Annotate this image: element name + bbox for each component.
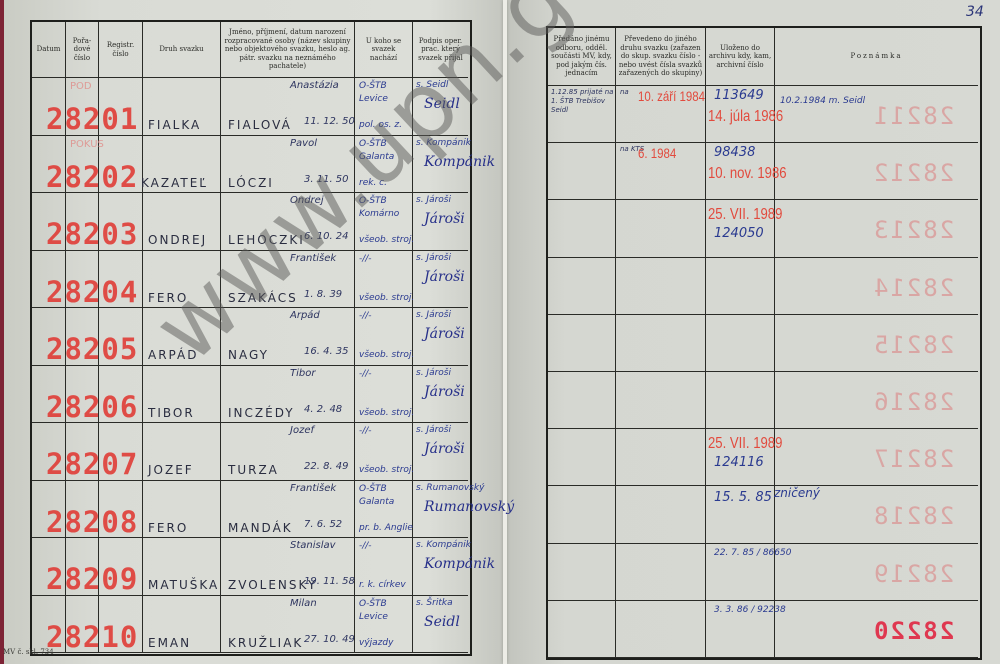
table-cell (616, 486, 706, 543)
registration-number-stamp: 28210 (46, 620, 138, 654)
signature: Jároši (424, 384, 465, 400)
occupation: všeob. stroj. (359, 235, 414, 245)
surname: TURZA (228, 463, 279, 477)
surname: SZAKÁCS (228, 291, 298, 305)
bleed-through-number: 28219 (872, 560, 954, 588)
bleed-through-number: 28213 (872, 216, 954, 244)
location: -//- (359, 310, 413, 323)
table-cell (706, 372, 775, 429)
received-by: s. Seidl (416, 80, 448, 90)
druh-svazku: ARPÁD (148, 348, 198, 362)
signature: Jároši (424, 269, 465, 285)
received-by: s. Kompánik (416, 138, 471, 148)
location: -//- (359, 368, 413, 381)
poradove-note: POKUS (70, 139, 104, 150)
book-spine (503, 0, 507, 664)
received-by: s. Jároši (416, 368, 451, 378)
bleed-through-number: 28212 (872, 159, 954, 187)
bleed-through-number: 28216 (872, 388, 954, 416)
prevedeno-date-stamp: 10. září 1984 (638, 88, 705, 104)
occupation: všeob. stroj. (359, 465, 414, 475)
signature: Jároši (424, 211, 465, 227)
archive-date-stamp: 10. nov. 1986 (708, 165, 787, 183)
druh-svazku: FERO (148, 521, 188, 535)
received-by: s. Kompánik (416, 540, 471, 550)
registration-number-stamp: 28201 (46, 102, 138, 136)
signature: Kompánik (424, 154, 495, 170)
date-of-birth: 7. 6. 52 (304, 519, 342, 530)
druh-svazku: FERO (148, 291, 188, 305)
occupation: všeob. stroj. (359, 293, 414, 303)
location: -//- (359, 253, 413, 266)
occupation: všeob. stroj. (359, 350, 414, 360)
header-jmeno: Jméno, příjmení, datum narození rozpraco… (221, 22, 355, 78)
header-druh-svazku: Druh svazku (143, 22, 221, 78)
header-prevedeno: Převedeno do jiného druhu svazku (zařaze… (616, 28, 706, 86)
date-of-birth: 4. 2. 48 (304, 404, 342, 415)
poznamka-note: zničený (774, 486, 820, 500)
bleed-through-number: 28220 (872, 617, 954, 645)
surname: NAGY (228, 348, 269, 362)
bleed-through-number: 28211 (872, 102, 954, 130)
table-cell (706, 258, 775, 315)
location: O-ŠTB Galanta (359, 483, 413, 509)
table-cell (616, 429, 706, 486)
first-name: Ondrej (290, 195, 324, 206)
table-cell (616, 258, 706, 315)
location: O-ŠTB Komárno (359, 195, 413, 221)
druh-svazku: ONDREJ (148, 233, 207, 247)
registration-number-stamp: 28203 (46, 217, 138, 251)
date-of-birth: 27. 10. 49 (304, 634, 355, 645)
header-poznamka: Poznámka (775, 28, 978, 86)
archive-number: 22. 7. 85 / 86650 (714, 548, 791, 558)
occupation: výjazdy (359, 638, 393, 648)
registration-number-stamp: 28206 (46, 390, 138, 424)
predano-note: 1.12.85 prijaté na 1. ŠTB Trebišov Seidl (551, 88, 615, 115)
received-by: s. Rumanovský (416, 483, 484, 493)
table-cell (616, 200, 706, 257)
first-name: Anastázia (290, 80, 339, 91)
signature: Kompánik (424, 556, 495, 572)
form-number-footer: MV č. skl. 734 (3, 648, 54, 656)
signature: Jároši (424, 441, 465, 457)
table-cell (548, 601, 616, 658)
received-by: s. Jároši (416, 195, 451, 205)
occupation: r. k. církev (359, 580, 406, 590)
table-cell (548, 315, 616, 372)
location: O-ŠTB Galanta (359, 138, 413, 164)
page-number: 34 (966, 4, 984, 20)
book-cover-edge (0, 0, 4, 664)
date-of-birth: 11. 12. 50 (304, 116, 355, 127)
table-cell (706, 315, 775, 372)
table-cell (548, 544, 616, 601)
bleed-through-number: 28217 (872, 445, 954, 473)
surname: INCZÉDY (228, 406, 295, 420)
registration-number-stamp: 28202 (46, 160, 138, 194)
table-cell (616, 315, 706, 372)
table-cell (616, 372, 706, 429)
prevedeno-date-stamp: 6. 1984 (638, 145, 676, 161)
archive-date-stamp: 14. júla 1986 (708, 108, 783, 126)
received-by: s. Jároši (416, 425, 451, 435)
first-name: František (290, 483, 336, 494)
occupation: pol. os. z. (359, 120, 402, 130)
table-cell (548, 429, 616, 486)
poradove-note: POD (70, 81, 92, 92)
header-ulozeno: Uloženo do archivu kdy, kam, archivní čí… (706, 28, 775, 86)
table-cell (548, 143, 616, 200)
registration-number-stamp: 28208 (46, 505, 138, 539)
first-name: Stanislav (290, 540, 336, 551)
druh-svazku: TIBOR (148, 406, 195, 420)
druh-svazku: JOZEF (148, 463, 194, 477)
signature: Jároši (424, 326, 465, 342)
date-of-birth: 6. 10. 24 (304, 231, 349, 242)
table-cell (548, 200, 616, 257)
prevedeno-note: na (620, 88, 629, 96)
first-name: Pavol (290, 138, 317, 149)
signature: Rumanovský (424, 499, 514, 515)
archive-number: 15. 5. 85 (714, 490, 772, 505)
received-by: s. Šritka (416, 598, 453, 608)
first-name: Milan (290, 598, 317, 609)
occupation: rek. c. (359, 178, 387, 188)
table-cell (548, 372, 616, 429)
date-of-birth: 22. 8. 49 (304, 461, 349, 472)
received-by: s. Jároši (416, 310, 451, 320)
table-cell (548, 486, 616, 543)
archive-number: 98438 (714, 145, 755, 160)
bleed-through-number: 28214 (872, 274, 954, 302)
date-of-birth: 19. 11. 58 (304, 576, 355, 587)
first-name: Tibor (290, 368, 315, 379)
location: O-ŠTB Levice (359, 598, 413, 624)
bleed-through-number: 28218 (872, 502, 954, 530)
date-of-birth: 1. 8. 39 (304, 289, 342, 300)
druh-svazku: FIALKA (148, 118, 201, 132)
archive-number: 3. 3. 86 / 92238 (714, 605, 786, 615)
surname: FIALOVÁ (228, 118, 292, 132)
signature: Seidl (424, 96, 460, 112)
archive-number: 113649 (714, 88, 764, 103)
occupation: pr. b. Anglie (359, 523, 413, 533)
header-podpis: Podpis oper. prac. který svazek přijal (413, 22, 468, 78)
first-name: František (290, 253, 336, 264)
occupation: všeob. stroj. (359, 408, 414, 418)
first-name: Arpád (290, 310, 320, 321)
header-poradove-cislo: Pořa-dové číslo (66, 22, 99, 78)
signature: Seidl (424, 614, 460, 630)
registration-number-stamp: 28204 (46, 275, 138, 309)
archive-number: 124050 (714, 226, 764, 241)
bleed-through-number: 28215 (872, 331, 954, 359)
table-cell (548, 258, 616, 315)
date-of-birth: 16. 4. 35 (304, 346, 349, 357)
surname: MANDÁK (228, 521, 293, 535)
archive-date-stamp: 25. VII. 1989 (708, 206, 782, 224)
poznamka-note: 10.2.1984 m. Seidl (780, 96, 865, 106)
first-name: Jozef (290, 425, 314, 436)
archive-number: 124116 (714, 455, 764, 470)
druh-svazku: KAZATEĽ (141, 176, 208, 190)
register-table-left: Datum Pořa-dové číslo Registr. číslo Dru… (30, 20, 472, 656)
druh-svazku: MATUŠKA (148, 578, 219, 592)
surname: KRUŽLIAK (228, 636, 303, 650)
table-cell (616, 544, 706, 601)
date-of-birth: 3. 11. 50 (304, 174, 349, 185)
registration-number-stamp: 28207 (46, 447, 138, 481)
druh-svazku: EMAN (148, 636, 191, 650)
header-datum: Datum (32, 22, 66, 78)
header-u-koho: U koho se svazek nachází (355, 22, 413, 78)
location: -//- (359, 540, 413, 553)
header-predano: Předáno jinému odboru, odděl. součásti M… (548, 28, 616, 86)
surname: LÓCZI (228, 176, 274, 190)
archive-date-stamp: 25. VII. 1989 (708, 435, 782, 453)
location: O-ŠTB Levice (359, 80, 413, 106)
header-registr-cislo: Registr. číslo (99, 22, 143, 78)
registration-number-stamp: 28205 (46, 332, 138, 366)
register-table-right: Předáno jinému odboru, odděl. součásti M… (546, 26, 982, 660)
surname: LEHOCZKI (228, 233, 305, 247)
received-by: s. Jároši (416, 253, 451, 263)
table-cell (616, 601, 706, 658)
location: -//- (359, 425, 413, 438)
registration-number-stamp: 28209 (46, 562, 138, 596)
